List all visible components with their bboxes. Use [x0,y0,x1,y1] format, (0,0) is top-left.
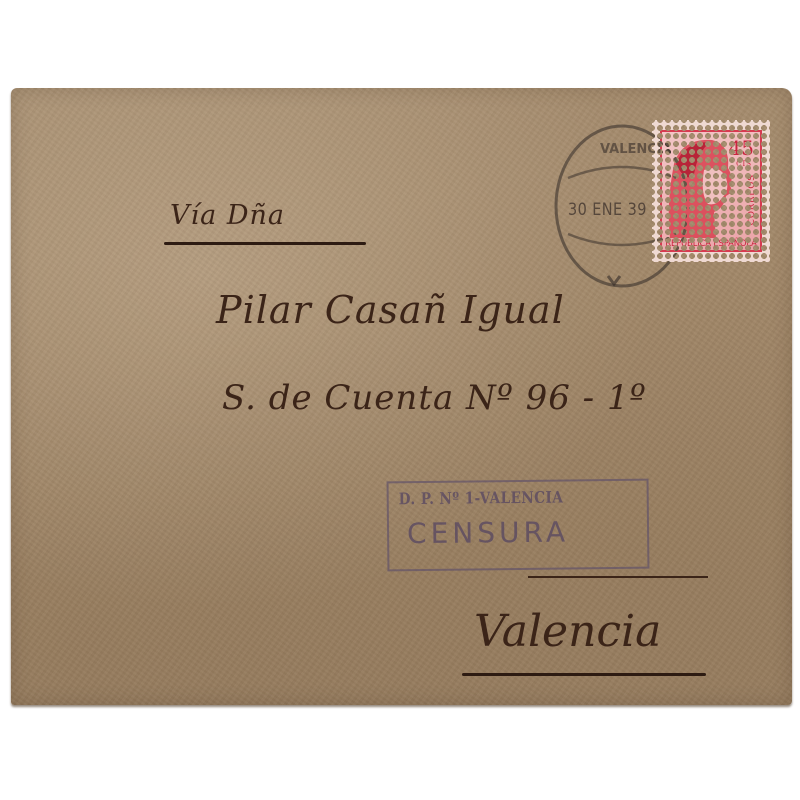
postmark-date: 30 ENE 39 [568,200,647,220]
censorship-stamp: D. P. Nº 1-VALENCIA CENSURA [387,479,650,572]
postage-stamp: 45 CTS CORREOS REPUBLICA ESPAÑOLA [652,120,770,262]
recipient-street: S. de Cuenta Nº 96 - 1º [222,378,647,418]
censorship-label: CENSURA [407,515,569,550]
censorship-office: D. P. Nº 1-VALENCIA [399,488,564,509]
routing-note: Vía Dña [170,200,285,231]
stamp-unit: CTS [736,160,751,168]
stamp-country: REPUBLICA ESPAÑOLA [662,239,760,249]
city-underline [462,673,706,676]
city-flourish [528,576,708,578]
stamp-frame: 45 CTS CORREOS REPUBLICA ESPAÑOLA [660,130,762,252]
recipient-name: Pilar Casañ Igual [216,288,565,332]
routing-note-underline [164,242,366,245]
stamp-value: 45 [729,136,754,160]
recipient-city: Valencia [474,606,661,657]
stamp-service: CORREOS [747,174,757,225]
